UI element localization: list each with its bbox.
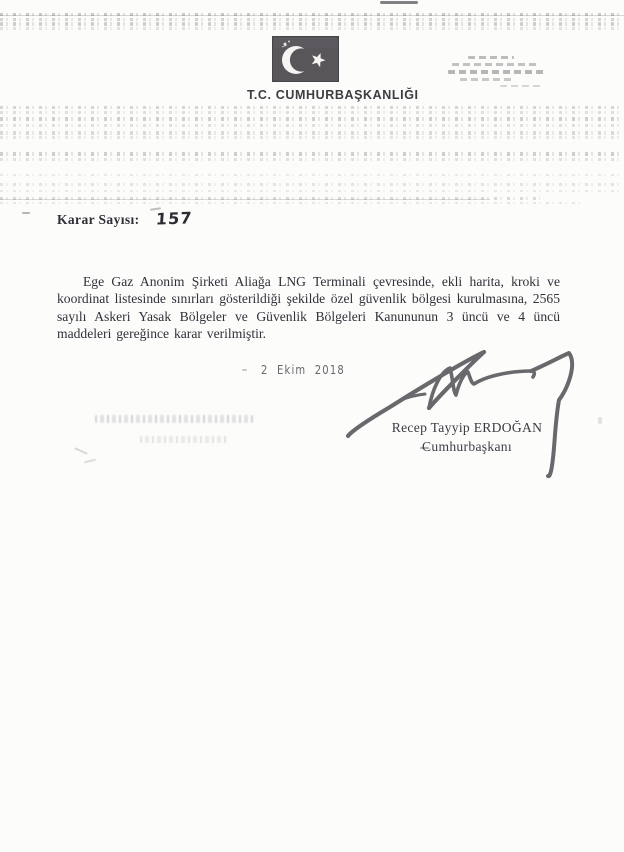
scan-smudge — [500, 85, 540, 87]
scan-noise-band — [0, 111, 624, 114]
scan-noise-band — [0, 124, 624, 127]
signatory-title: Cumhurbaşkanı — [382, 439, 552, 455]
scan-noise-band — [0, 202, 580, 204]
bleedthrough-artifact — [95, 415, 253, 423]
scan-noise-band — [0, 27, 624, 30]
bleedthrough-artifact — [84, 459, 96, 464]
decision-number-line: Karar Sayısı:157 — [57, 209, 192, 228]
scan-speck — [242, 369, 247, 371]
scan-noise-band — [0, 136, 624, 139]
scan-noise-band — [0, 174, 624, 176]
decision-number-label: Karar Sayısı: — [57, 212, 140, 227]
scan-noise-band — [0, 183, 624, 186]
scan-noise-band — [0, 18, 624, 21]
bleedthrough-artifact — [140, 436, 228, 443]
scan-smudge — [452, 63, 538, 66]
scan-noise-band — [0, 158, 624, 161]
decision-number-handwritten: 157 — [155, 208, 193, 228]
scan-noise-band — [0, 22, 624, 26]
date-stamp: 2 Ekim 2018 — [261, 362, 345, 377]
scan-noise-band — [0, 131, 624, 135]
scan-noise-band — [0, 106, 624, 109]
scan-smudge — [448, 70, 546, 74]
scan-smudge — [468, 56, 514, 59]
scan-noise-line — [0, 15, 624, 16]
scan-smudge — [460, 78, 512, 81]
scan-noise-line — [0, 199, 490, 200]
scan-smudge-top — [380, 1, 418, 4]
scanned-decree-page: T.C. CUMHURBAŞKANLIĞI Karar Sayısı:157 E… — [0, 0, 624, 852]
signatory-name: Recep Tayyip ERDOĞAN — [382, 420, 552, 436]
scan-noise-band — [0, 117, 624, 121]
scan-noise-band — [0, 152, 624, 156]
bleedthrough-artifact — [74, 447, 88, 455]
scan-noise-band — [0, 190, 624, 192]
decree-body-paragraph: Ege Gaz Anonim Şirketi Aliağa LNG Termin… — [57, 273, 560, 343]
turkish-flag-crescent-star-icon — [272, 36, 339, 82]
institution-title: T.C. CUMHURBAŞKANLIĞI — [247, 88, 419, 102]
signature-scribble — [345, 338, 624, 488]
scan-speck — [22, 212, 30, 214]
